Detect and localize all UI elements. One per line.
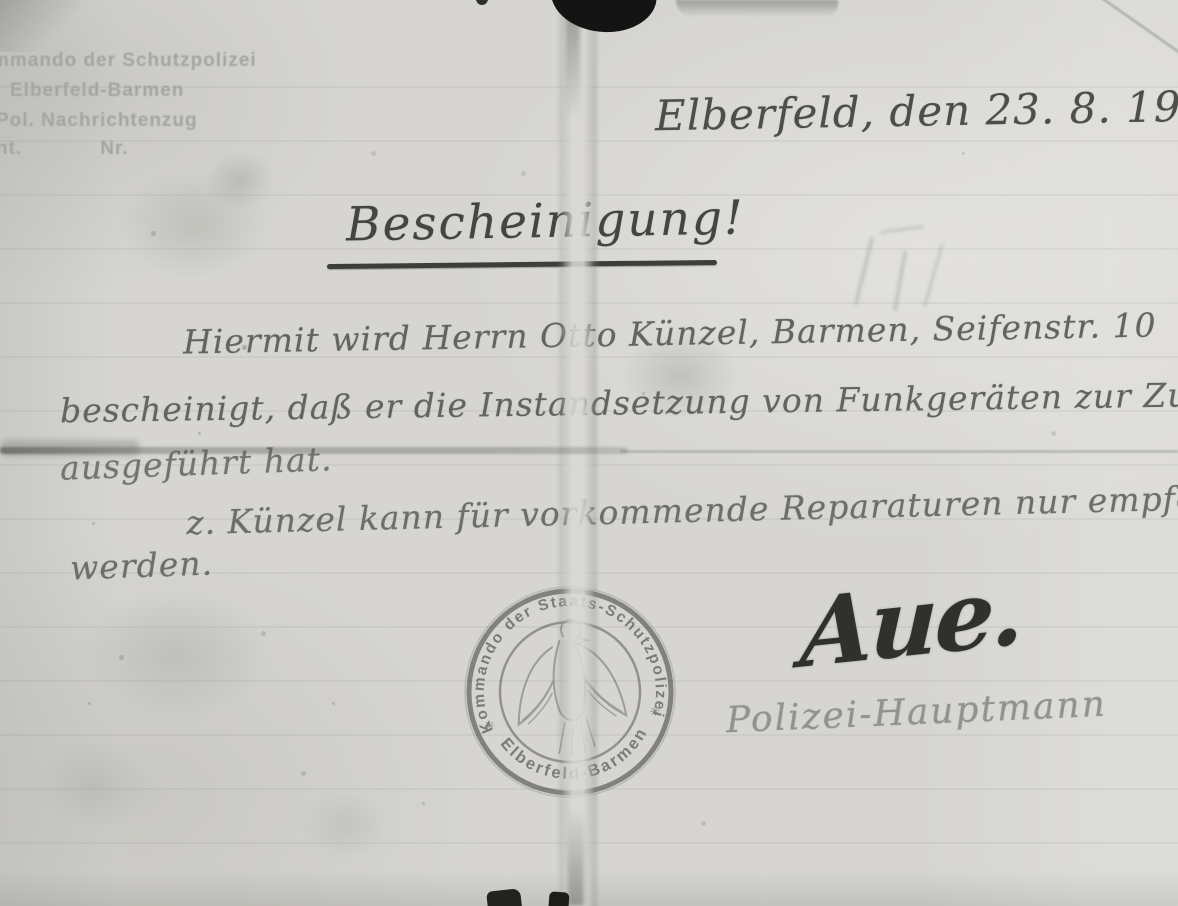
scan-background: { "document": { "type": "scanned handwri… — [0, 0, 1178, 906]
fold-crease-vertical-dark-bottom — [568, 810, 584, 906]
fold-crease-horizontal-right — [620, 450, 1178, 453]
official-stamp: Kommando der Staats-Schutzpolizei Elberf… — [442, 564, 698, 820]
ink-ghost-smudge — [880, 225, 924, 234]
stain — [300, 790, 390, 860]
paper-sheet: mmando der Schutzpolizei Elberfeld-Barme… — [0, 0, 1178, 906]
stain — [80, 590, 270, 720]
letterhead-department: Pol. Nachrichtenzug — [0, 110, 198, 132]
stain — [120, 170, 270, 280]
corner-shadow — [0, 0, 80, 52]
letterhead-city: Elberfeld-Barmen — [10, 80, 184, 102]
ink-ghost-smudge — [923, 243, 944, 307]
corner-fold-line — [1088, 0, 1178, 59]
body-line-1: Hiermit wird Herrn Otto Künzel, Barmen, … — [183, 306, 1157, 362]
letterhead-unit-name: mmando der Schutzpolizei — [0, 50, 257, 72]
torn-nick-top — [476, 0, 488, 5]
body-line-2: bescheinigt, daß er die Instandsetzung v… — [60, 373, 1178, 430]
stain — [205, 150, 275, 210]
letterhead-ref-nr: Nr. — [100, 138, 128, 159]
letterhead-ref-left: nt. — [0, 138, 22, 159]
ink-ghost-smudge — [893, 250, 908, 312]
stain — [40, 740, 150, 830]
torn-notch-bottom-right — [548, 891, 569, 906]
certificate-heading: Bescheinigung! — [346, 191, 746, 253]
fold-crease-horizontal — [0, 447, 628, 454]
letterhead-reference-line: nt.Nr. — [0, 138, 129, 160]
stamp-star-left: ✳ — [484, 718, 496, 734]
torn-notch-bottom-left — [486, 888, 522, 906]
dateline: Elberfeld, den 23. 8. 1921. — [655, 81, 1178, 140]
heading-underline — [327, 260, 717, 269]
ink-ghost-smudge — [854, 237, 875, 306]
signature-title: Polizei-Hauptmann — [725, 684, 1107, 742]
body-line-4: z. Künzel kann für vorkommende Reparatur… — [186, 477, 1178, 543]
body-line-5: werden. — [69, 544, 213, 588]
stamp-star-right: ✳ — [649, 703, 661, 719]
tattered-edge-top — [676, 0, 838, 17]
signature: Aue. — [799, 556, 1023, 690]
